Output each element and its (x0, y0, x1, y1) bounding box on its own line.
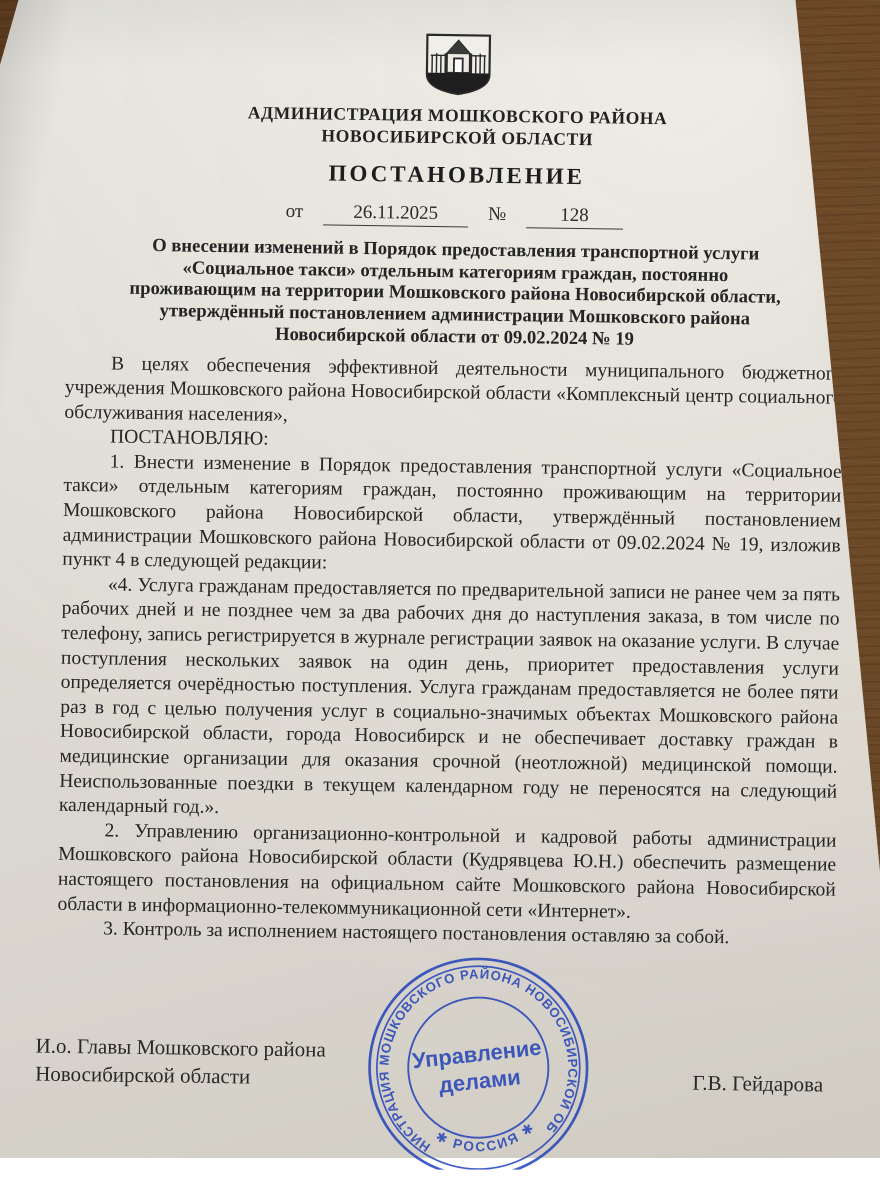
signer-position-line2: Новосибирской области (35, 1060, 326, 1092)
signer-position: И.о. Главы Мошковского района Новосибирс… (35, 1031, 326, 1092)
signer-position-line1: И.о. Главы Мошковского района (35, 1031, 326, 1063)
paragraph: 1. Внести изменение в Порядок предоставл… (62, 450, 842, 584)
official-stamp: АДМИНИСТРАЦИЯ МОШКОВСКОГО РАЙОНА НОВОСИБ… (352, 941, 605, 1158)
date-prefix: от (286, 201, 304, 222)
doc-type-heading: ПОСТАНОВЛЕНИЕ (68, 157, 846, 194)
paragraph: В целях обеспечения эффективной деятельн… (64, 351, 843, 436)
letterhead (69, 27, 848, 107)
document-sheet: АДМИНИСТРАЦИЯ МОШКОВСКОГО РАЙОНА НОВОСИБ… (0, 0, 880, 1158)
paragraph: 2. Управлению организационно-контрольной… (57, 819, 836, 928)
number-sign: № (488, 203, 506, 224)
doc-title: О внесении изменений в Порядок предостав… (118, 234, 791, 352)
doc-meta-line: от26.11.2025№128 (67, 198, 845, 233)
document-page: АДМИНИСТРАЦИЯ МОШКОВСКОГО РАЙОНА НОВОСИБ… (0, 0, 880, 1158)
org-name: АДМИНИСТРАЦИЯ МОШКОВСКОГО РАЙОНА НОВОСИБ… (68, 100, 847, 155)
document-body: В целях обеспечения эффективной деятельн… (57, 351, 843, 952)
signer-name: Г.В. Гейдарова (692, 1069, 823, 1099)
number-value: 128 (526, 204, 623, 229)
paragraph: «4. Услуга гражданам предоставляется по … (59, 573, 840, 830)
stamp-center-text: Управление делами (411, 1035, 546, 1101)
date-value: 26.11.2025 (323, 201, 468, 227)
coat-of-arms-icon (421, 32, 496, 97)
stamp-center-line1: Управление (411, 1035, 543, 1074)
